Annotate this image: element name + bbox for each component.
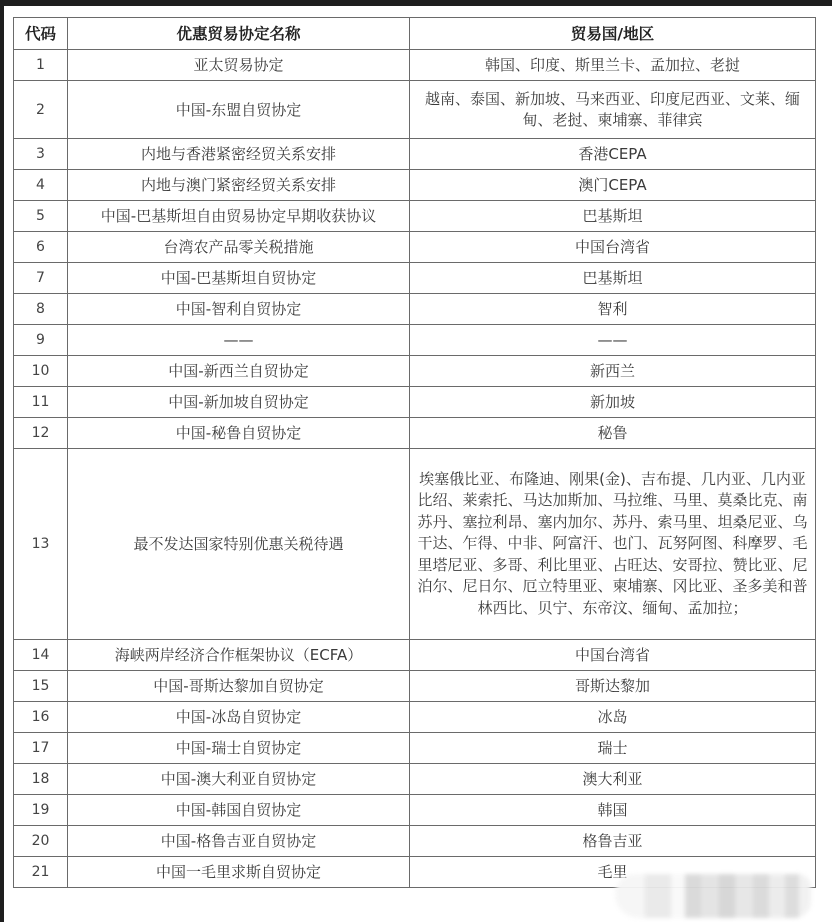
cell-code: 10: [14, 356, 68, 387]
cell-region: 巴基斯坦: [410, 201, 816, 232]
cell-code: 18: [14, 764, 68, 795]
cell-region: 智利: [410, 294, 816, 325]
cell-name: 中国-新加坡自贸协定: [68, 387, 410, 418]
table-row: 7 中国-巴基斯坦自贸协定 巴基斯坦: [14, 263, 816, 294]
cell-region: ——: [410, 325, 816, 356]
cell-name: 海峡两岸经济合作框架协议（ECFA）: [68, 640, 410, 671]
cell-name: 中国-哥斯达黎加自贸协定: [68, 671, 410, 702]
table-row: 8 中国-智利自贸协定 智利: [14, 294, 816, 325]
table-row: 15 中国-哥斯达黎加自贸协定 哥斯达黎加: [14, 671, 816, 702]
trade-agreement-table: 代码 优惠贸易协定名称 贸易国/地区 1 亚太贸易协定 韩国、印度、斯里兰卡、孟…: [13, 17, 816, 888]
table-row: 16 中国-冰岛自贸协定 冰岛: [14, 702, 816, 733]
cell-code: 13: [14, 449, 68, 640]
table-row: 3 内地与香港紧密经贸关系安排 香港CEPA: [14, 139, 816, 170]
table-row: 6 台湾农产品零关税措施 中国台湾省: [14, 232, 816, 263]
header-row: 代码 优惠贸易协定名称 贸易国/地区: [14, 18, 816, 50]
table-row: 14 海峡两岸经济合作框架协议（ECFA） 中国台湾省: [14, 640, 816, 671]
cell-code: 14: [14, 640, 68, 671]
cell-code: 5: [14, 201, 68, 232]
cell-code: 15: [14, 671, 68, 702]
cell-code: 20: [14, 826, 68, 857]
cell-name: 中国-澳大利亚自贸协定: [68, 764, 410, 795]
cell-code: 3: [14, 139, 68, 170]
cell-code: 2: [14, 81, 68, 139]
table-row: 20 中国-格鲁吉亚自贸协定 格鲁吉亚: [14, 826, 816, 857]
cell-name: 亚太贸易协定: [68, 50, 410, 81]
table-row: 5 中国-巴基斯坦自由贸易协定早期收获协议 巴基斯坦: [14, 201, 816, 232]
cell-region: 秘鲁: [410, 418, 816, 449]
cell-name: 中国-格鲁吉亚自贸协定: [68, 826, 410, 857]
cell-code: 16: [14, 702, 68, 733]
cell-region: 瑞士: [410, 733, 816, 764]
cell-code: 21: [14, 857, 68, 888]
cell-name: 台湾农产品零关税措施: [68, 232, 410, 263]
table-row: 4 内地与澳门紧密经贸关系安排 澳门CEPA: [14, 170, 816, 201]
table-row: 12 中国-秘鲁自贸协定 秘鲁: [14, 418, 816, 449]
table-row: 13 最不发达国家特别优惠关税待遇 埃塞俄比亚、布隆迪、刚果(金)、吉布提、几内…: [14, 449, 816, 640]
cell-name: 中国-巴基斯坦自由贸易协定早期收获协议: [68, 201, 410, 232]
cell-name: 中国-东盟自贸协定: [68, 81, 410, 139]
blurred-watermark: [615, 874, 811, 918]
table-row: 17 中国-瑞士自贸协定 瑞士: [14, 733, 816, 764]
cell-region: 埃塞俄比亚、布隆迪、刚果(金)、吉布提、几内亚、几内亚比绍、莱索托、马达加斯加、…: [410, 449, 816, 640]
table-row: 10 中国-新西兰自贸协定 新西兰: [14, 356, 816, 387]
table-row: 11 中国-新加坡自贸协定 新加坡: [14, 387, 816, 418]
cell-code: 11: [14, 387, 68, 418]
left-dark-border: [0, 0, 4, 922]
table-row: 19 中国-韩国自贸协定 韩国: [14, 795, 816, 826]
cell-name: 内地与香港紧密经贸关系安排: [68, 139, 410, 170]
cell-region: 韩国: [410, 795, 816, 826]
cell-code: 12: [14, 418, 68, 449]
header-name: 优惠贸易协定名称: [68, 18, 410, 50]
cell-code: 17: [14, 733, 68, 764]
cell-code: 4: [14, 170, 68, 201]
cell-region: 中国台湾省: [410, 640, 816, 671]
trade-agreement-table-container: 代码 优惠贸易协定名称 贸易国/地区 1 亚太贸易协定 韩国、印度、斯里兰卡、孟…: [13, 17, 815, 888]
cell-name: 内地与澳门紧密经贸关系安排: [68, 170, 410, 201]
cell-region: 格鲁吉亚: [410, 826, 816, 857]
cell-region: 韩国、印度、斯里兰卡、孟加拉、老挝: [410, 50, 816, 81]
cell-name: 中国-巴基斯坦自贸协定: [68, 263, 410, 294]
cell-code: 1: [14, 50, 68, 81]
cell-region: 哥斯达黎加: [410, 671, 816, 702]
cell-name: 中国-瑞士自贸协定: [68, 733, 410, 764]
cell-name: 中国-秘鲁自贸协定: [68, 418, 410, 449]
cell-code: 6: [14, 232, 68, 263]
cell-name: 中国-智利自贸协定: [68, 294, 410, 325]
table-row: 18 中国-澳大利亚自贸协定 澳大利亚: [14, 764, 816, 795]
cell-region: 新西兰: [410, 356, 816, 387]
cell-code: 8: [14, 294, 68, 325]
cell-region: 澳门CEPA: [410, 170, 816, 201]
top-dark-border: [0, 0, 832, 6]
cell-region: 巴基斯坦: [410, 263, 816, 294]
cell-region: 新加坡: [410, 387, 816, 418]
cell-name: 中国-冰岛自贸协定: [68, 702, 410, 733]
table-row: 2 中国-东盟自贸协定 越南、泰国、新加坡、马来西亚、印度尼西亚、文莱、缅甸、老…: [14, 81, 816, 139]
cell-name: 最不发达国家特别优惠关税待遇: [68, 449, 410, 640]
cell-name: ——: [68, 325, 410, 356]
cell-region: 冰岛: [410, 702, 816, 733]
cell-region: 越南、泰国、新加坡、马来西亚、印度尼西亚、文莱、缅甸、老挝、柬埔寨、菲律宾: [410, 81, 816, 139]
cell-name: 中国-韩国自贸协定: [68, 795, 410, 826]
table-row: 1 亚太贸易协定 韩国、印度、斯里兰卡、孟加拉、老挝: [14, 50, 816, 81]
cell-code: 19: [14, 795, 68, 826]
cell-name: 中国一毛里求斯自贸协定: [68, 857, 410, 888]
table-row: 9 —— ——: [14, 325, 816, 356]
cell-code: 9: [14, 325, 68, 356]
header-region: 贸易国/地区: [410, 18, 816, 50]
header-code: 代码: [14, 18, 68, 50]
cell-name: 中国-新西兰自贸协定: [68, 356, 410, 387]
cell-region: 香港CEPA: [410, 139, 816, 170]
cell-region: 澳大利亚: [410, 764, 816, 795]
cell-code: 7: [14, 263, 68, 294]
cell-region: 中国台湾省: [410, 232, 816, 263]
